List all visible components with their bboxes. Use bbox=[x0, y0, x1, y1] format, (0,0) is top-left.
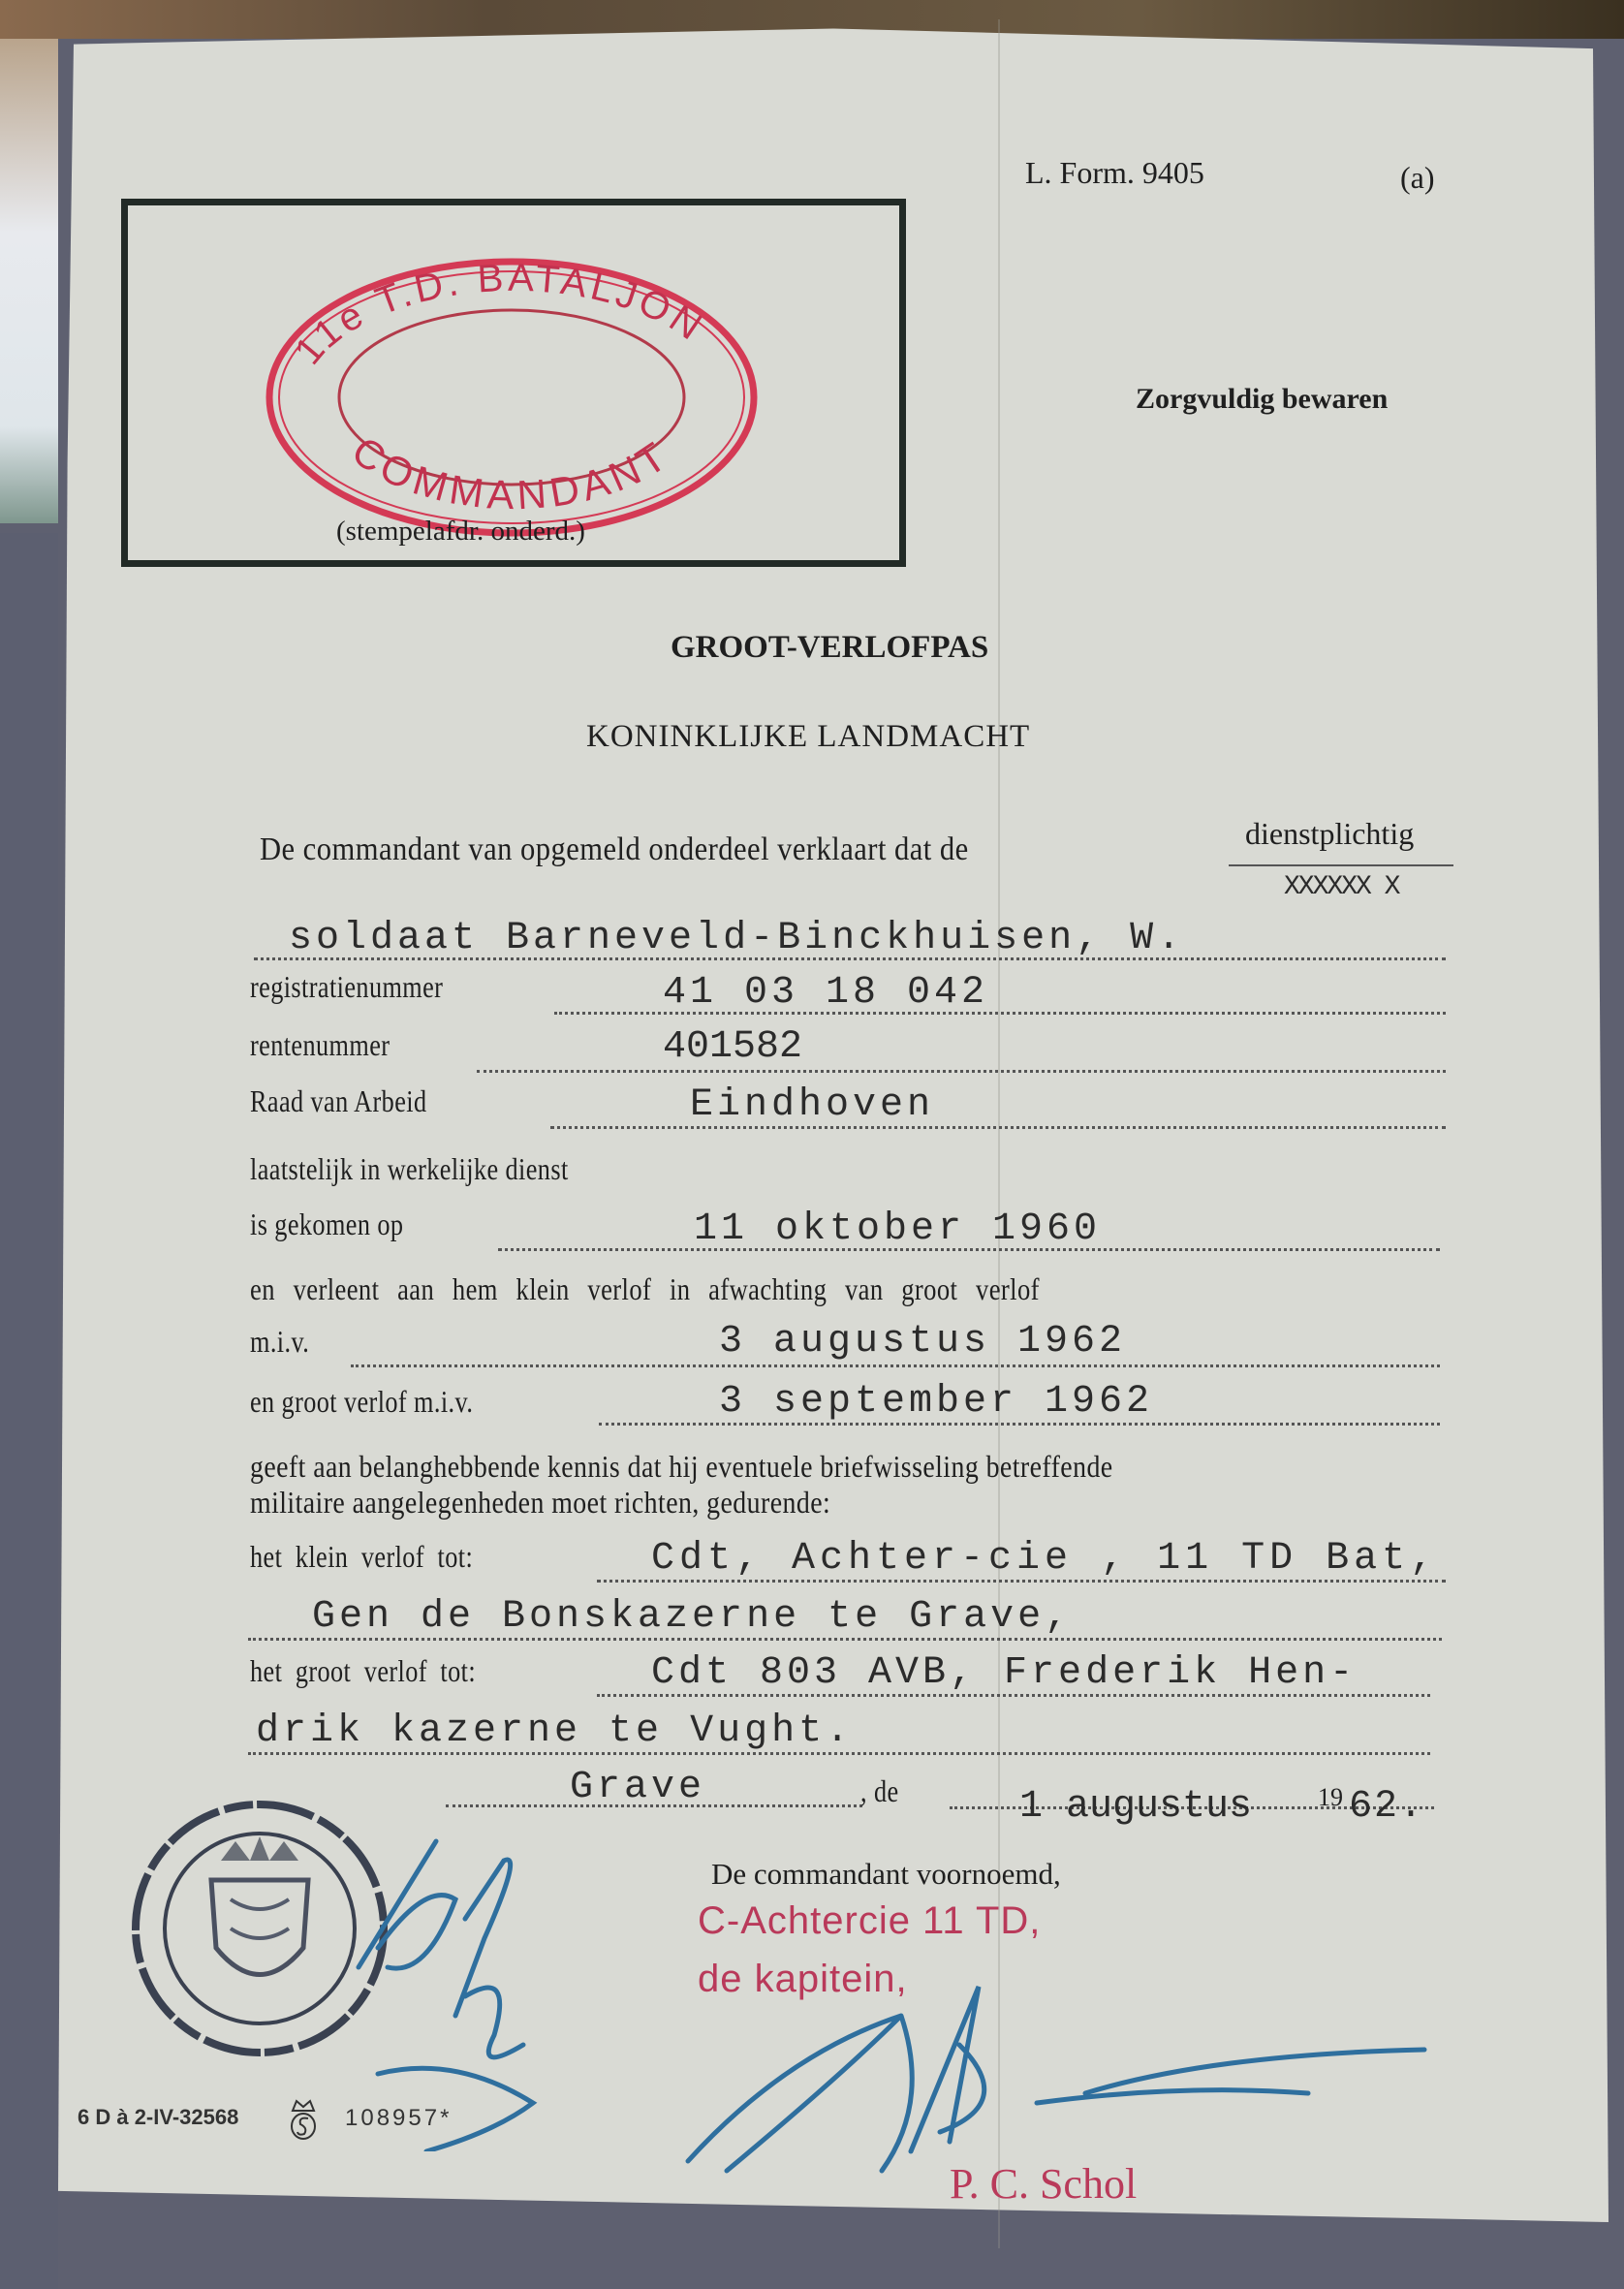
groot-tot-value-1: Cdt 803 AVB, Frederik Hen- bbox=[651, 1651, 1357, 1695]
signature-left-icon bbox=[320, 1822, 581, 2151]
kennis-text-2: militaire aangelegenheden moet richten, … bbox=[250, 1485, 830, 1521]
miv-value: 3 augustus 1962 bbox=[719, 1320, 1126, 1364]
form-number: L. Form. 9405 bbox=[1025, 155, 1204, 191]
gekomen-value: 11 oktober 1960 bbox=[694, 1207, 1101, 1251]
background-window bbox=[0, 39, 58, 523]
signature-name: P. C. Schol bbox=[950, 2159, 1137, 2209]
signature-rank: de kapitein, bbox=[698, 1958, 908, 2001]
rentenummer-dotline bbox=[477, 1070, 1446, 1073]
form-variant: (a) bbox=[1400, 160, 1435, 196]
raad-dotline bbox=[550, 1126, 1446, 1129]
rentenummer-label: rentenummer bbox=[250, 1027, 390, 1063]
category-struck-reservist: XXXXXX X bbox=[1284, 872, 1398, 902]
date-de-label: , de bbox=[860, 1773, 899, 1809]
gekomen-label: is gekomen op bbox=[250, 1207, 403, 1242]
date-value: 1 augustus bbox=[1019, 1785, 1252, 1829]
verleent-text: en verleent aan hem klein verlof in afwa… bbox=[250, 1271, 1040, 1307]
laatstelijk-label: laatstelijk in werkelijke dienst bbox=[250, 1151, 569, 1187]
serial-number: 108957* bbox=[345, 2105, 452, 2132]
place-value: Grave bbox=[570, 1766, 705, 1809]
soldier-name: soldaat Barneveld-Binckhuisen, W. bbox=[289, 917, 1184, 960]
signature-heading: De commandant voornoemd, bbox=[711, 1857, 1061, 1892]
rentenummer-value: 401582 bbox=[663, 1025, 802, 1069]
keep-notice: Zorgvuldig bewaren bbox=[1136, 383, 1388, 416]
groot-miv-value: 3 september 1962 bbox=[719, 1380, 1153, 1424]
klein-tot-value-2: Gen de Bonskazerne te Grave, bbox=[312, 1595, 1072, 1639]
klein-tot-value-1: Cdt, Achter-cie , 11 TD Bat, bbox=[651, 1537, 1438, 1581]
year-suffix: 62. bbox=[1349, 1785, 1424, 1829]
year-prefix: 19 bbox=[1318, 1783, 1343, 1812]
intro-text: De commandant van opgemeld onderdeel ver… bbox=[260, 831, 969, 868]
kennis-text-1: geeft aan belanghebbende kennis dat hij … bbox=[250, 1449, 1113, 1485]
groot-miv-label: en groot verlof m.i.v. bbox=[250, 1384, 473, 1420]
registratienummer-label: registratienummer bbox=[250, 969, 443, 1005]
klein-tot-label: het klein verlof tot: bbox=[250, 1539, 473, 1575]
svg-text:COMMANDANT: COMMANDANT bbox=[344, 427, 678, 517]
category-dienstplichtig: dienstplichtig bbox=[1245, 816, 1414, 852]
raad-value: Eindhoven bbox=[690, 1083, 934, 1127]
stamp-caption: (stempelafdr. onderd.) bbox=[336, 516, 585, 548]
document-subtitle: KONINKLIJKE LANDMACHT bbox=[586, 719, 1030, 755]
miv-label: m.i.v. bbox=[250, 1324, 309, 1360]
document-title: GROOT-VERLOFPAS bbox=[671, 630, 988, 666]
background-table bbox=[0, 533, 58, 2289]
groot-tot-label: het groot verlof tot: bbox=[250, 1653, 476, 1689]
raad-label: Raad van Arbeid bbox=[250, 1083, 426, 1119]
groot-tot-value-2: drik kazerne te Vught. bbox=[256, 1709, 853, 1753]
signature-unit: C-Achtercie 11 TD, bbox=[698, 1899, 1041, 1943]
miv-dotline bbox=[351, 1364, 1440, 1367]
print-code: 6 D à 2-IV-32568 bbox=[78, 2105, 238, 2130]
registratienummer-value: 41 03 18 042 bbox=[663, 971, 988, 1015]
category-divider bbox=[1229, 864, 1453, 866]
crown-s-printer-mark-icon bbox=[287, 2097, 320, 2142]
svg-text:11e T.D. BATALJON: 11e T.D. BATALJON bbox=[287, 257, 712, 373]
